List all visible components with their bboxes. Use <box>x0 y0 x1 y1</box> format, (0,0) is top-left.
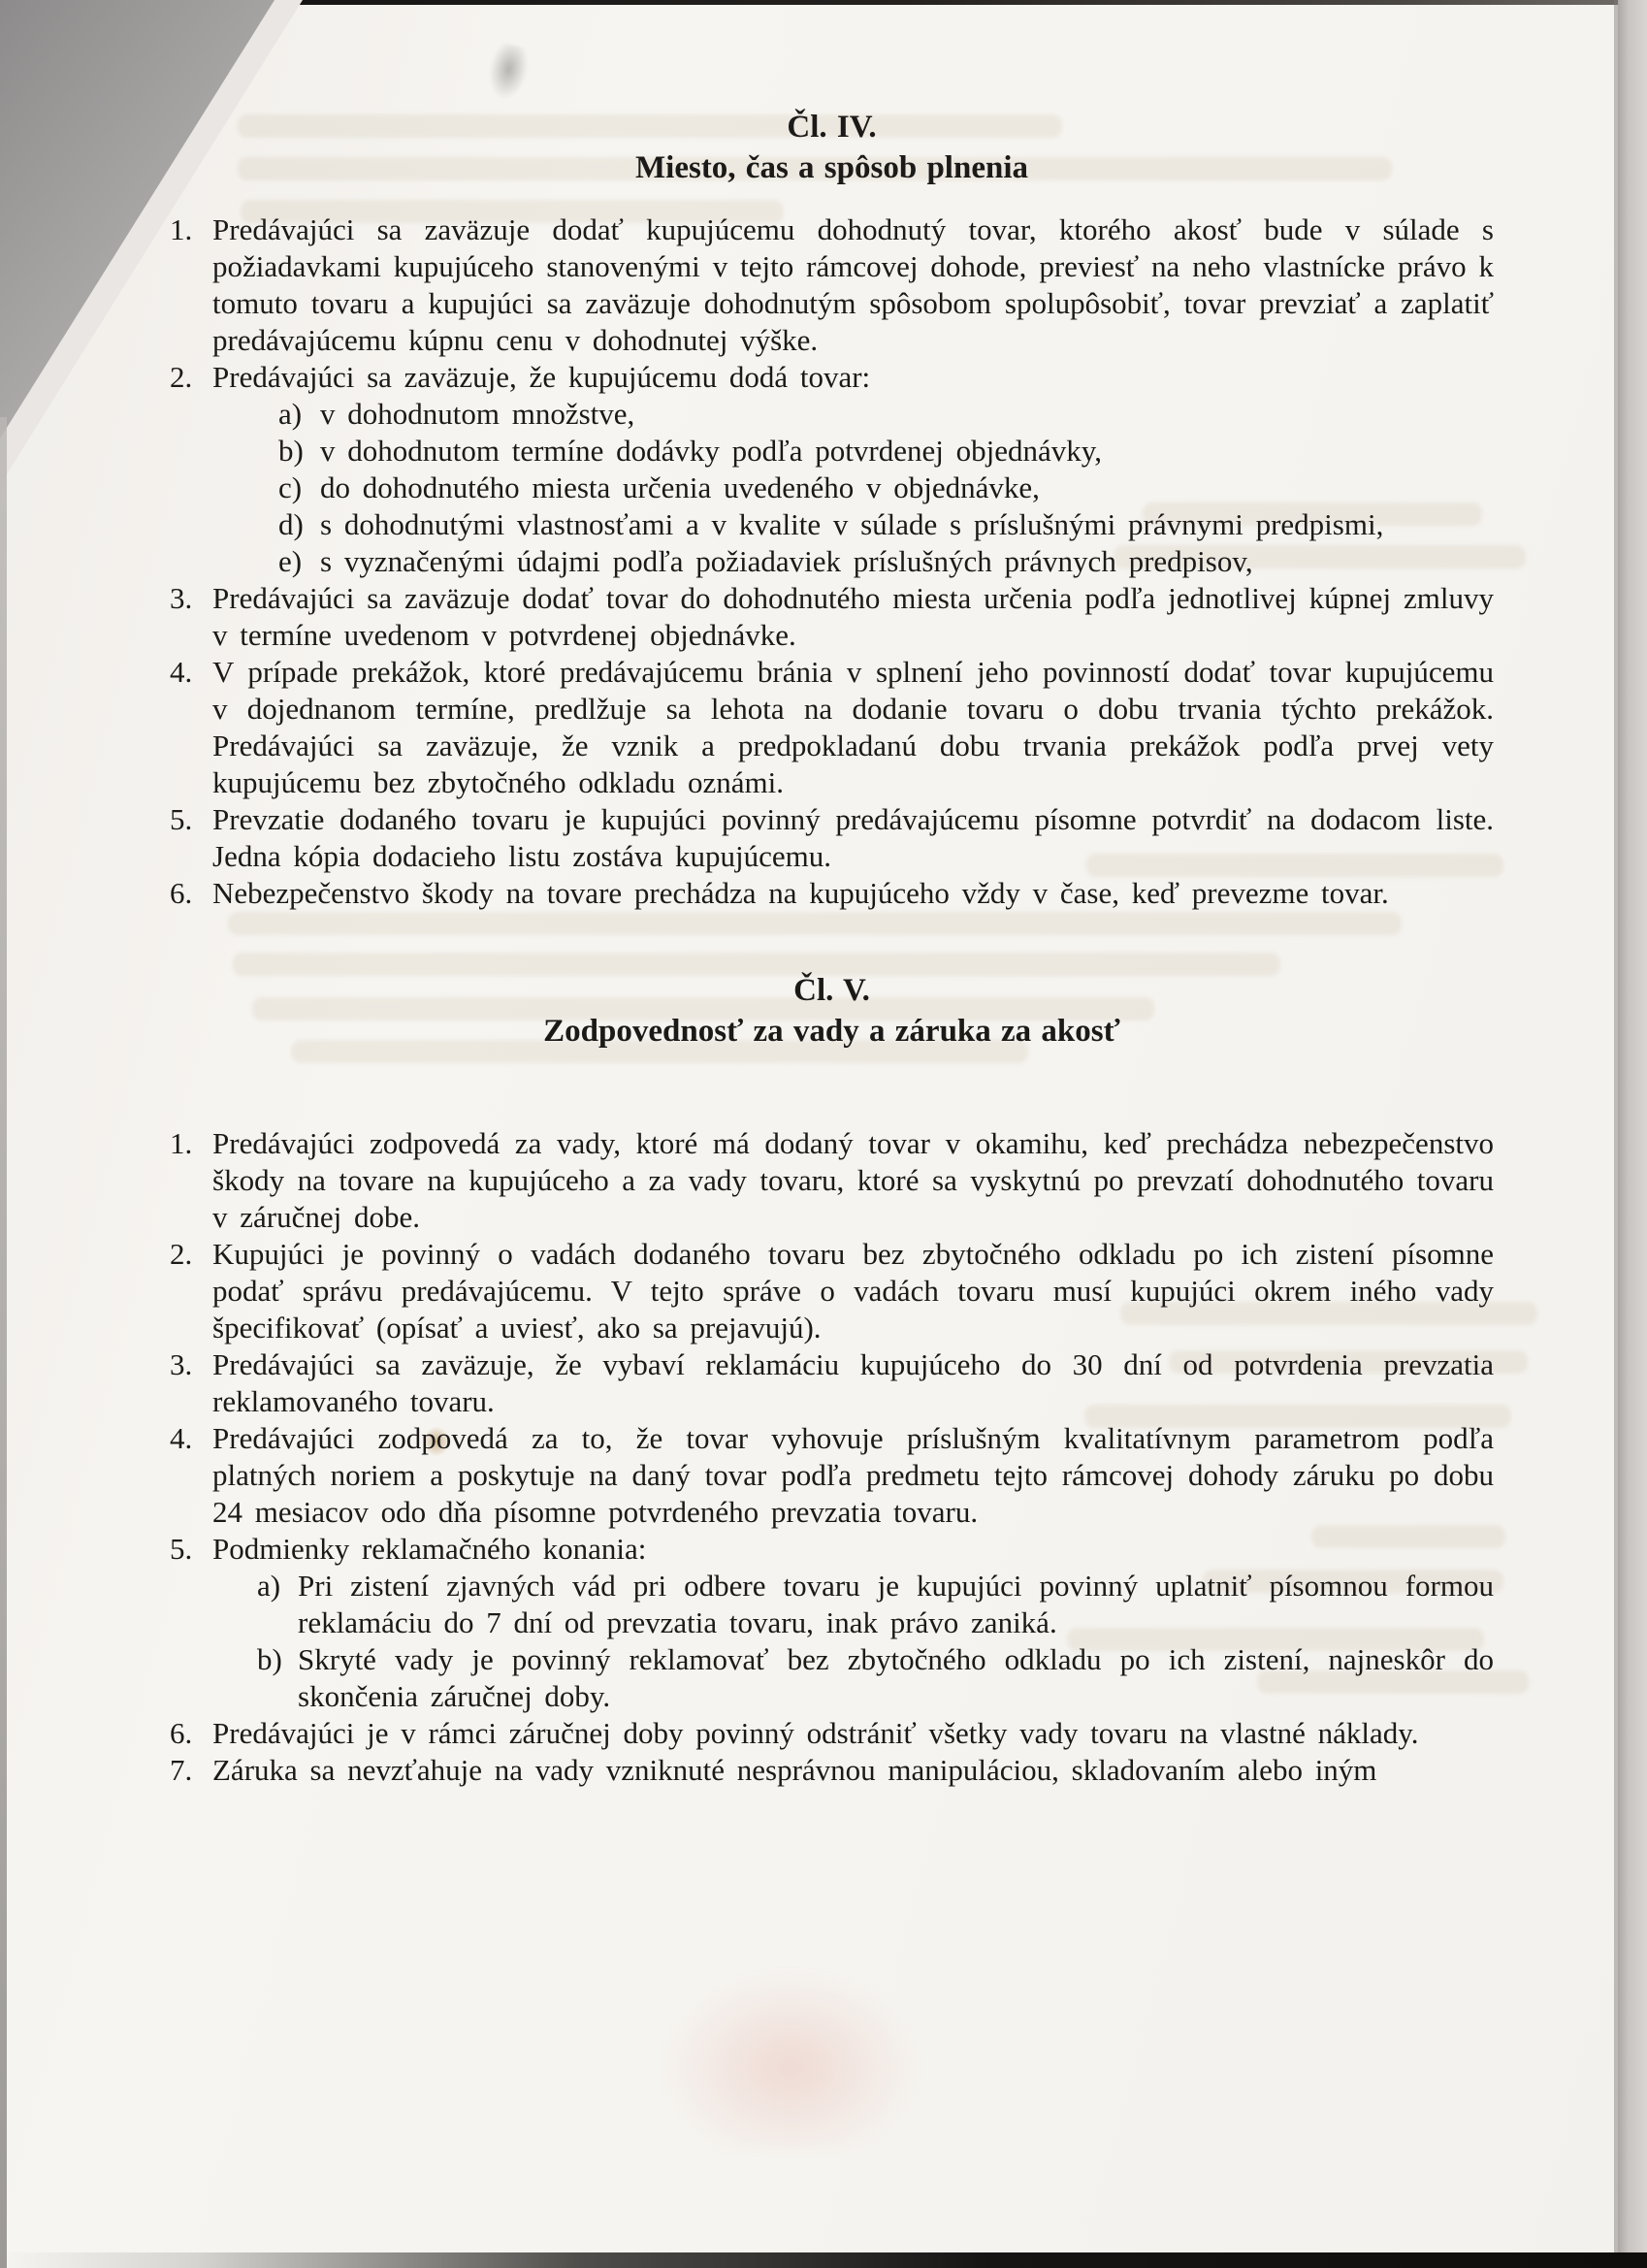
item-number: 5. <box>170 801 192 838</box>
article-v-list: 1. Predávajúci zodpovedá za vady, ktoré … <box>170 1125 1494 1789</box>
sub-list-item: d) s dohodnutými vlastnosťami a v kvalit… <box>278 506 1494 543</box>
article-v-title: Zodpovednosť za vady a záruka za akosť <box>170 1011 1494 1052</box>
sub-list-item: b) v dohodnutom termíne dodávky podľa po… <box>278 433 1494 470</box>
bleed-through-text <box>228 912 1402 935</box>
item-text: Záruka sa nevzťahuje na vady vzniknuté n… <box>212 1753 1376 1787</box>
list-item: 3. Predávajúci sa zaväzuje dodať tovar d… <box>170 580 1494 654</box>
item-text: Predávajúci sa zaväzuje, že kupujúcemu d… <box>212 360 870 394</box>
subitem-text: v dohodnutom množstve, <box>320 397 634 431</box>
subitem-letter: b) <box>278 433 304 470</box>
item-number: 3. <box>170 1346 192 1383</box>
item-number: 2. <box>170 1236 192 1273</box>
scanned-contract-page: Čl. IV. Miesto, čas a spôsob plnenia 1. … <box>0 0 1647 2268</box>
subitem-text: s dohodnutými vlastnosťami a v kvalite v… <box>320 507 1383 541</box>
article-iv-title: Miesto, čas a spôsob plnenia <box>170 147 1494 188</box>
list-item: 2. Kupujúci je povinný o vadách dodaného… <box>170 1236 1494 1346</box>
item-number: 4. <box>170 654 192 691</box>
item-text: Predávajúci sa zaväzuje dodať kupujúcemu… <box>212 212 1494 357</box>
sub-list-item: b) Skryté vady je povinný reklamovať bez… <box>257 1641 1494 1715</box>
article-iv-list: 1. Predávajúci sa zaväzuje dodať kupujúc… <box>170 211 1494 912</box>
item-number: 6. <box>170 875 192 912</box>
pencil-smudge <box>485 42 533 103</box>
item-text: Predávajúci zodpovedá za vady, ktoré má … <box>212 1126 1494 1234</box>
item-text: Nebezpečenstvo škody na tovare prechádza… <box>212 876 1389 910</box>
list-item: 1. Predávajúci sa zaväzuje dodať kupujúc… <box>170 211 1494 359</box>
section-article-iv: Čl. IV. Miesto, čas a spôsob plnenia 1. … <box>170 107 1494 912</box>
item-number: 4. <box>170 1420 192 1457</box>
list-item: 7. Záruka sa nevzťahuje na vady vzniknut… <box>170 1752 1494 1789</box>
item-number: 2. <box>170 359 192 396</box>
article-v-number: Čl. V. <box>170 970 1494 1011</box>
sub-list-item: a) v dohodnutom množstve, <box>278 396 1494 433</box>
sub-list-item: e) s vyznačenými údajmi podľa požiadavie… <box>278 543 1494 580</box>
item-number: 6. <box>170 1715 192 1752</box>
sub-list-item: a) Pri zistení zjavných vád pri odbere t… <box>257 1568 1494 1641</box>
item-text: Predávajúci je v rámci záručnej doby pov… <box>212 1716 1419 1750</box>
item-number: 5. <box>170 1531 192 1568</box>
item-text: Podmienky reklamačného konania: <box>212 1532 646 1566</box>
subitem-letter: e) <box>278 543 302 580</box>
subitem-text: Pri zistení zjavných vád pri odbere tova… <box>298 1569 1494 1639</box>
section-article-v: Čl. V. Zodpovednosť za vady a záruka za … <box>170 970 1494 1789</box>
subitem-text: do dohodnutého miesta určenia uvedeného … <box>320 470 1040 504</box>
list-item: 1. Predávajúci zodpovedá za vady, ktoré … <box>170 1125 1494 1236</box>
list-item: 4. V prípade prekážok, ktoré predávajúce… <box>170 654 1494 801</box>
subitem-letter: a) <box>257 1568 280 1604</box>
list-item: 2. Predávajúci sa zaväzuje, že kupujúcem… <box>170 359 1494 396</box>
sub-list-item: c) do dohodnutého miesta určenia uvedené… <box>278 470 1494 506</box>
item-number: 1. <box>170 1125 192 1162</box>
item-text: V prípade prekážok, ktoré predávajúcemu … <box>212 655 1494 799</box>
item-text: Predávajúci sa zaväzuje dodať tovar do d… <box>212 581 1494 652</box>
list-item: 6. Predávajúci je v rámci záručnej doby … <box>170 1715 1494 1752</box>
item-number: 3. <box>170 580 192 617</box>
subitem-text: Skryté vady je povinný reklamovať bez zb… <box>298 1642 1494 1713</box>
scan-right-edge <box>1618 0 1647 2268</box>
list-item: 3. Predávajúci sa zaväzuje, že vybaví re… <box>170 1346 1494 1420</box>
item-text: Predávajúci sa zaväzuje, že vybaví rekla… <box>212 1347 1494 1418</box>
item-text: Prevzatie dodaného tovaru je kupujúci po… <box>212 802 1494 873</box>
list-item: 6. Nebezpečenstvo škody na tovare prechá… <box>170 875 1494 912</box>
subitem-letter: d) <box>278 506 304 543</box>
scan-left-edge <box>0 417 7 2268</box>
list-item: 5. Podmienky reklamačného konania: <box>170 1531 1494 1568</box>
item-text: Kupujúci je povinný o vadách dodaného to… <box>212 1237 1494 1345</box>
subitem-letter: a) <box>278 396 302 433</box>
item-number: 7. <box>170 1752 192 1789</box>
article-iv-number: Čl. IV. <box>170 107 1494 147</box>
item-text: Predávajúci zodpovedá za to, že tovar vy… <box>212 1421 1494 1529</box>
subitem-text: v dohodnutom termíne dodávky podľa potvr… <box>320 434 1102 468</box>
item-number: 1. <box>170 211 192 248</box>
subitem-letter: b) <box>257 1641 282 1678</box>
subitem-text: s vyznačenými údajmi podľa požiadaviek p… <box>320 544 1253 578</box>
subitem-letter: c) <box>278 470 302 506</box>
scan-bottom-edge <box>0 2252 1647 2268</box>
list-item: 4. Predávajúci zodpovedá za to, že tovar… <box>170 1420 1494 1531</box>
list-item: 5. Prevzatie dodaného tovaru je kupujúci… <box>170 801 1494 875</box>
pink-smudge <box>660 1969 921 2149</box>
